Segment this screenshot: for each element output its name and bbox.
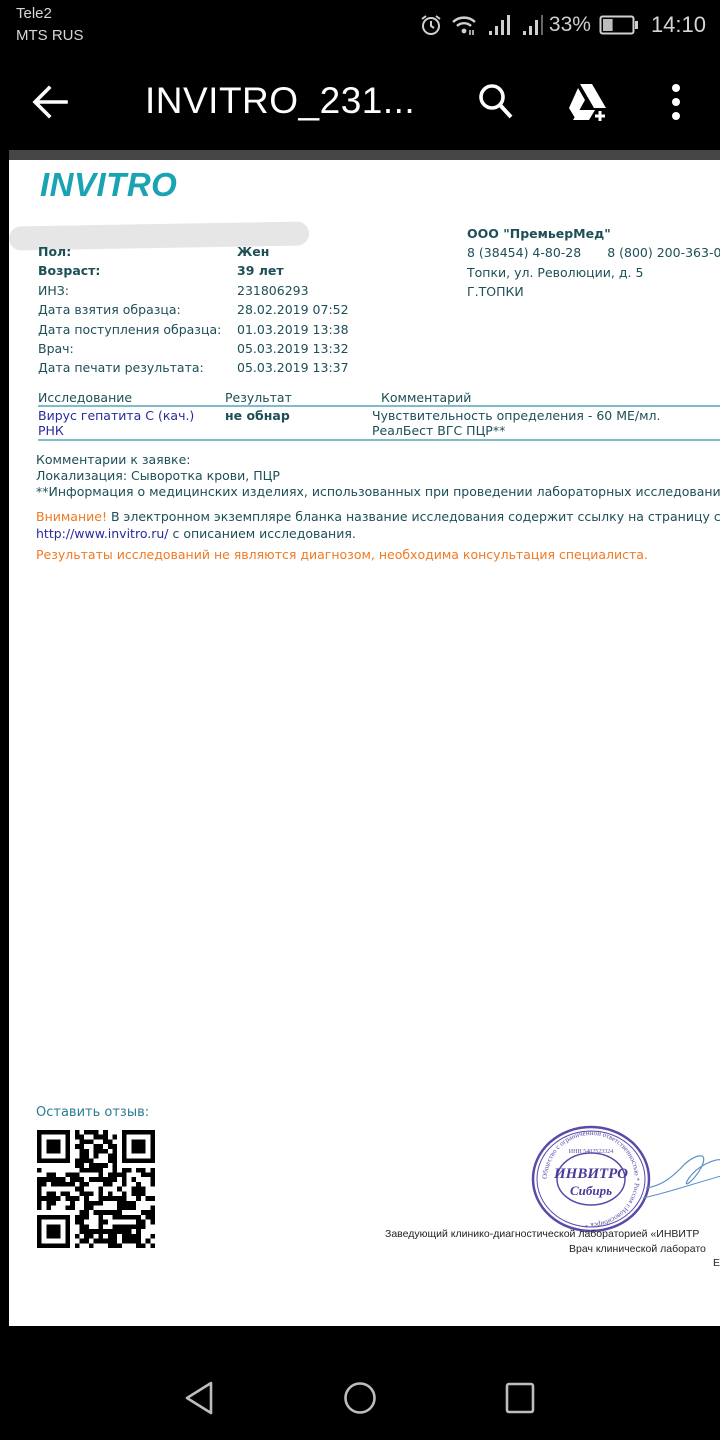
lab-address: Топки, ул. Революции, д. 5	[467, 265, 720, 284]
disclaimer: Результаты исследований не являются диаг…	[36, 547, 648, 562]
info-value: 01.03.2019 13:38	[237, 322, 349, 341]
svg-text:Сибирь: Сибирь	[570, 1183, 612, 1198]
info-label: Дата печати результата:	[38, 360, 237, 379]
study-name-line-2[interactable]: РНК	[38, 423, 225, 438]
lab-info: ООО "ПремьерМед" 8 (38454) 4-80-288 (800…	[467, 226, 720, 304]
carrier-primary: Tele2	[16, 5, 52, 22]
home-nav-icon	[342, 1380, 378, 1416]
info-label: Возраст:	[38, 263, 237, 282]
comment-line-2: РеалБест ВГС ПЦР**	[372, 423, 720, 438]
info-value: 231806293	[237, 283, 309, 302]
drive-add-icon	[566, 80, 610, 124]
info-row: ИНЗ:231806293	[38, 283, 349, 302]
invitro-stamp: Общество с ограниченной ответственностью…	[527, 1123, 655, 1235]
document-title: INVITRO_231...	[145, 80, 415, 122]
lab-phone-1: 8 (38454) 4-80-28	[467, 245, 581, 260]
invitro-logo: INVITRO	[40, 166, 177, 204]
add-to-drive-button[interactable]	[566, 80, 610, 124]
feedback-label: Оставить отзыв:	[36, 1105, 149, 1120]
patient-info: Пол:ЖенВозраст:39 летИНЗ:231806293Дата в…	[38, 244, 349, 380]
header-result: Результат	[225, 390, 372, 405]
wifi-icon	[451, 13, 477, 37]
nav-back-button[interactable]	[180, 1378, 220, 1418]
study-link[interactable]: Вирус гепатита С (кач.) РНК	[38, 408, 225, 439]
info-row: Дата печати результата:05.03.2019 13:37	[38, 360, 349, 379]
order-comments: Комментарии к заявке: Локализация: Сывор…	[36, 452, 720, 500]
info-value: 28.02.2019 07:52	[237, 302, 349, 321]
signature-line-3: Е	[713, 1257, 720, 1269]
alarm-icon	[419, 13, 443, 37]
comments-title: Комментарии к заявке:	[36, 452, 720, 468]
results-table: Исследование Результат Комментарий Вирус…	[38, 390, 720, 441]
study-name-line-1[interactable]: Вирус гепатита С (кач.)	[38, 408, 225, 423]
signal-icon	[485, 13, 511, 37]
info-label: Пол:	[38, 244, 237, 263]
info-row: Врач:05.03.2019 13:32	[38, 341, 349, 360]
header-study: Исследование	[38, 390, 225, 405]
info-label: Дата взятия образца:	[38, 302, 237, 321]
info-row: Пол:Жен	[38, 244, 349, 263]
app-bar: INVITRO_231...	[0, 50, 720, 150]
search-button[interactable]	[474, 80, 518, 124]
info-row: Возраст:39 лет	[38, 263, 349, 282]
more-vert-icon	[668, 82, 684, 122]
result-comment: Чувствительность определения - 60 МЕ/мл.…	[372, 408, 720, 439]
battery-percent: 33%	[549, 13, 591, 37]
attention-label: Внимание!	[36, 509, 107, 524]
info-label: ИНЗ:	[38, 283, 237, 302]
notice-text-2: с описанием исследования.	[169, 526, 356, 541]
notice-text: В электронном экземпляре бланка название…	[107, 509, 720, 524]
info-label: Дата поступления образца:	[38, 322, 237, 341]
carrier-secondary: MTS RUS	[16, 27, 84, 44]
table-row: Вирус гепатита С (кач.) РНК не обнар Чув…	[38, 407, 720, 441]
nav-recents-button[interactable]	[500, 1378, 540, 1418]
table-header: Исследование Результат Комментарий	[38, 390, 720, 407]
clock: 14:10	[651, 12, 706, 38]
back-button[interactable]	[30, 82, 80, 122]
battery-icon	[599, 14, 639, 36]
search-icon	[476, 82, 516, 122]
recents-nav-icon	[503, 1381, 537, 1415]
more-options-button[interactable]	[654, 80, 698, 124]
info-label: Врач:	[38, 341, 237, 360]
info-value: 05.03.2019 13:37	[237, 360, 349, 379]
pdf-viewer[interactable]: INVITRO Пол:ЖенВозраст:39 летИНЗ:2318062…	[0, 150, 720, 1326]
nav-home-button[interactable]	[340, 1378, 380, 1418]
lab-city: Г.ТОПКИ	[467, 284, 720, 303]
comments-info: **Информация о медицинских изделиях, исп…	[36, 484, 720, 500]
svg-text:ИНВИТРО: ИНВИТРО	[553, 1166, 628, 1182]
status-bar: Tele2 MTS RUS 33% 14:10	[0, 0, 720, 50]
signature-line-1: Заведующий клинико-диагностической лабор…	[385, 1228, 699, 1240]
pdf-page: INVITRO Пол:ЖенВозраст:39 летИНЗ:2318062…	[9, 160, 720, 1326]
notice: Внимание! В электронном экземпляре бланк…	[36, 509, 720, 542]
info-value: Жен	[237, 244, 269, 263]
signature	[641, 1138, 720, 1208]
qr-code[interactable]	[37, 1130, 155, 1248]
comments-localization: Локализация: Сыворотка крови, ПЦР	[36, 468, 720, 484]
lab-phone-2: 8 (800) 200-363-0	[607, 245, 720, 260]
navigation-bar	[0, 1326, 720, 1440]
info-value: 39 лет	[237, 263, 284, 282]
info-row: Дата взятия образца:28.02.2019 07:52	[38, 302, 349, 321]
lab-name: ООО "ПремьерМед"	[467, 226, 720, 245]
signature-line-2: Врач клинической лаборато	[569, 1243, 706, 1255]
comment-line-1: Чувствительность определения - 60 МЕ/мл.	[372, 408, 720, 423]
info-value: 05.03.2019 13:32	[237, 341, 349, 360]
page-gap-strip	[9, 150, 720, 160]
arrow-left-icon	[30, 82, 70, 122]
back-nav-icon	[183, 1380, 217, 1416]
invitro-link[interactable]: http://www.invitro.ru/	[36, 526, 169, 541]
svg-text:ИНН 5402523324: ИНН 5402523324	[569, 1149, 614, 1155]
result-value: не обнар	[225, 408, 372, 439]
header-comment: Комментарий	[372, 390, 720, 405]
signal-icon	[519, 13, 545, 37]
info-row: Дата поступления образца:01.03.2019 13:3…	[38, 322, 349, 341]
